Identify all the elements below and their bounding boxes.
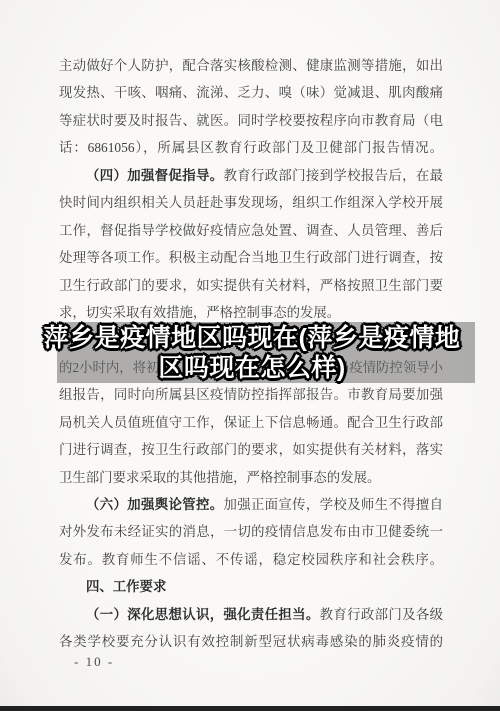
line-text: 组报告，同时向所属县区疫情防控指挥部报告。市教育局要加强 — [59, 387, 443, 402]
document-line: 工作，督促指导学校做好疫情应急处置、调查、人员管理、善后 — [59, 217, 443, 244]
document-line: 话：6861056），所属县区教育行政部门及卫健部门报告情况。 — [59, 134, 443, 161]
document-line: 发布。教育师生不信谣、不传谣，稳定校园秩序和社会秩序。 — [59, 546, 443, 573]
line-bold-text: （四）加强督促指导。 — [86, 168, 223, 183]
page-number: - 10 - — [74, 654, 114, 670]
line-text: 局机关人员值班值守工作，保证上下信息畅通。配合卫生行政部 — [59, 415, 443, 430]
document-line: 快时间内组织相关人员赶赴事发现场，组织工作组深入学校开展 — [59, 189, 443, 216]
document-line: 局机关人员值班值守工作，保证上下信息畅通。配合卫生行政部 — [59, 409, 443, 436]
line-text: 等症状时要及时报告、就医。同时学校要按程序向市教育局（电 — [59, 113, 443, 128]
document-line: （一）深化思想认识，强化责任担当。教育行政部门及各级 — [59, 601, 443, 628]
document-line: 门进行调查，按卫生行政部门的要求，如实提供有关材料，落实 — [59, 436, 443, 463]
line-text: 现发热、干咳、咽痛、流涕、乏力、嗅（味）觉减退、肌肉酸痛 — [59, 85, 443, 100]
document-line: 组报告，同时向所属县区疫情防控指挥部报告。市教育局要加强 — [59, 381, 443, 408]
document-line: 对外发布未经证实的消息，一切的疫情信息发布由市卫健委统一 — [59, 518, 443, 545]
document-line: 处理等各项工作。积极主动配合当地卫生行政部门进行调查，按 — [59, 244, 443, 271]
document-line: 卫生部门要求采取的其他措施，严格控制事态的发展。 — [59, 464, 443, 491]
line-text: 求，切实采取有效措施，严格控制事态的发展。 — [59, 305, 340, 320]
article-title-line2: 区吗现在怎么样) — [36, 354, 468, 384]
document-line: 各类学校要充分认识有效控制新型冠状病毒感染的肺炎疫情的 — [59, 628, 443, 655]
article-title-overlay: 萍乡是疫情地区吗现在(萍乡是疫情地 区吗现在怎么样) — [36, 324, 468, 383]
document-line: 现发热、干咳、咽痛、流涕、乏力、嗅（味）觉减退、肌肉酸痛 — [59, 79, 443, 106]
line-text: 对外发布未经证实的消息，一切的疫情信息发布由市卫健委统一 — [59, 524, 443, 539]
line-text: 快时间内组织相关人员赶赴事发现场，组织工作组深入学校开展 — [59, 195, 443, 210]
line-text: 卫生部门要求采取的其他措施，严格控制事态的发展。 — [59, 470, 380, 485]
line-text: 话：6861056），所属县区教育行政部门及卫健部门报告情况。 — [59, 140, 443, 155]
document-photo: 主动做好个人防护，配合落实核酸检测、健康监测等措施，如出现发热、干咳、咽痛、流涕… — [0, 0, 500, 711]
document-line: 四、工作要求 — [59, 573, 443, 600]
line-text: 工作，督促指导学校做好疫情应急处置、调查、人员管理、善后 — [59, 223, 443, 238]
document-line: 等症状时要及时报告、就医。同时学校要按程序向市教育局（电 — [59, 107, 443, 134]
line-text: 门进行调查，按卫生行政部门的要求，如实提供有关材料，落实 — [59, 442, 443, 457]
line-text: 主动做好个人防护，配合落实核酸检测、健康监测等措施，如出 — [59, 58, 443, 73]
line-text: 发布。教育师生不信谣、不传谣，稳定校园秩序和社会秩序。 — [59, 552, 443, 567]
line-text: 教育行政部门接到学校报告后，在最 — [223, 168, 443, 183]
line-bold-text: （一）深化思想认识，强化责任担当。 — [86, 607, 320, 622]
document-line: 卫生行政部门的要求，如实提供有关材料，严格按照卫生部门要 — [59, 272, 443, 299]
line-text: 处理等各项工作。积极主动配合当地卫生行政部门进行调查，按 — [59, 250, 443, 265]
document-line: 主动做好个人防护，配合落实核酸检测、健康监测等措施，如出 — [59, 52, 443, 79]
line-text: 各类学校要充分认识有效控制新型冠状病毒感染的肺炎疫情的 — [59, 634, 443, 649]
line-text: 卫生行政部门的要求，如实提供有关材料，严格按照卫生部门要 — [59, 278, 443, 293]
document-line: （六）加强舆论管控。加强正面宣传，学校及师生不得擅自 — [59, 491, 443, 518]
line-text: 教育行政部门及各级 — [320, 607, 443, 622]
document-line: （四）加强督促指导。教育行政部门接到学校报告后，在最 — [59, 162, 443, 189]
line-bold-text: （六）加强舆论管控。 — [86, 497, 223, 512]
line-text: 加强正面宣传，学校及师生不得擅自 — [223, 497, 443, 512]
bottom-edge-bar — [0, 706, 500, 711]
article-title-line1: 萍乡是疫情地区吗现在(萍乡是疫情地 — [36, 324, 468, 354]
line-bold-text: 四、工作要求 — [86, 579, 166, 594]
